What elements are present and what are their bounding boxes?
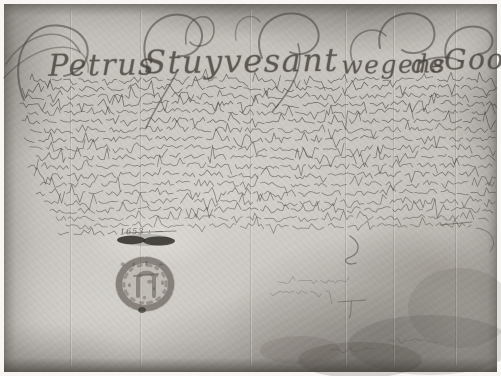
fold-line xyxy=(140,10,141,366)
document-photo xyxy=(4,4,497,372)
paper-grain-texture xyxy=(4,4,497,372)
fold-line xyxy=(393,10,394,366)
photo-frame: PetrusStuyvesantwegensdeGoo: 1653 : — xyxy=(0,0,501,376)
fold-line xyxy=(345,10,346,366)
photo-vignette xyxy=(4,4,497,372)
fold-line xyxy=(70,10,71,366)
fold-line xyxy=(455,10,456,366)
fold-line xyxy=(250,10,251,366)
